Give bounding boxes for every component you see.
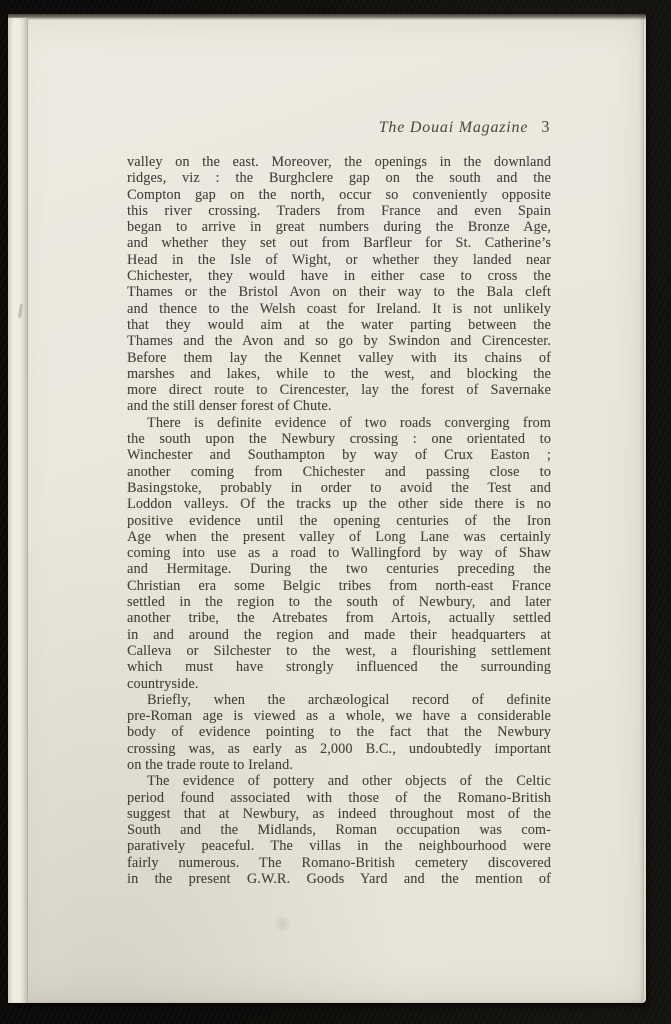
page-left-edge xyxy=(8,18,28,1003)
text-line: South and the Midlands, Roman occupation… xyxy=(127,822,551,838)
text-line: that they would aim at the water parting… xyxy=(127,317,551,333)
text-line: Calleva or Silchester to the west, a flo… xyxy=(127,643,551,659)
text-line: ridges, viz : the Burghclere gap on the … xyxy=(127,170,551,186)
text-line: The evidence of pottery and other object… xyxy=(127,773,551,789)
text-line: Winchester and Southampton by way of Cru… xyxy=(127,447,551,463)
page-top-edge xyxy=(8,14,646,20)
text-line: another tribe, the Atrebates from Artois… xyxy=(127,610,551,626)
text-line: marshes and lakes, while to the west, an… xyxy=(127,366,551,382)
text-line: in the present G.W.R. Goods Yard and the… xyxy=(127,871,551,887)
text-line: pre-Roman age is viewed as a whole, we h… xyxy=(127,708,551,724)
text-line: Thames or the Bristol Avon on their way … xyxy=(127,284,551,300)
text-line: another coming from Chichester and passi… xyxy=(127,464,551,480)
text-line: period found associated with those of th… xyxy=(127,790,551,806)
book-page: The Douai Magazine3 valley on the east. … xyxy=(8,14,646,1003)
text-line: in and around the region and made their … xyxy=(127,627,551,643)
text-line: which must have strongly influenced the … xyxy=(127,659,551,675)
text-line: Loddon valleys. Of the tracks up the oth… xyxy=(127,496,551,512)
magazine-title: The Douai Magazine xyxy=(379,119,529,136)
text-line: body of evidence pointing to the fact th… xyxy=(127,724,551,740)
running-header: The Douai Magazine3 xyxy=(127,117,550,137)
text-line: more direct route to Cirencester, lay th… xyxy=(127,382,551,398)
text-line: settled in the region to the south of Ne… xyxy=(127,594,551,610)
text-line: suggest that at Newbury, as indeed throu… xyxy=(127,806,551,822)
text-line: Before them lay the Kennet valley with i… xyxy=(127,350,551,366)
text-line: Compton gap on the north, occur so conve… xyxy=(127,187,551,203)
text-line: and the still denser forest of Chute. xyxy=(127,398,551,414)
text-line: Age when the present valley of Long Lane… xyxy=(127,529,551,545)
text-line: valley on the east. Moreover, the openin… xyxy=(127,154,551,170)
text-line: positive evidence until the opening cent… xyxy=(127,513,551,529)
text-line: coming into use as a road to Wallingford… xyxy=(127,545,551,561)
text-line: paratively peaceful. The villas in the n… xyxy=(127,838,551,854)
text-line: and thence to the Welsh coast for Irelan… xyxy=(127,301,551,317)
paragraph: valley on the east. Moreover, the openin… xyxy=(127,154,551,415)
text-line: Head in the Isle of Wight, or whether th… xyxy=(127,252,551,268)
text-line: There is definite evidence of two roads … xyxy=(127,415,551,431)
body-text: valley on the east. Moreover, the openin… xyxy=(127,154,551,887)
paragraph: There is definite evidence of two roads … xyxy=(127,415,551,692)
page-number: 3 xyxy=(541,117,550,136)
text-line: Thames and the Avon and so go by Swindon… xyxy=(127,333,551,349)
text-line: Christian era some Belgic tribes from no… xyxy=(127,578,551,594)
text-line: crossing was, as early as 2,000 B.C., un… xyxy=(127,741,551,757)
text-line: and whether they set out from Barfleur f… xyxy=(127,235,551,251)
text-line: and Hermitage. During the two centuries … xyxy=(127,561,551,577)
page-edge-nick xyxy=(18,304,23,318)
text-line: Chichester, they would have in either ca… xyxy=(127,268,551,284)
text-line: began to arrive in great numbers during … xyxy=(127,219,551,235)
scan-background: The Douai Magazine3 valley on the east. … xyxy=(0,0,671,1024)
text-line: countryside. xyxy=(127,676,551,692)
text-line: fairly numerous. The Romano-British ceme… xyxy=(127,855,551,871)
text-line: this river crossing. Traders from France… xyxy=(127,203,551,219)
text-line: Briefly, when the archæological record o… xyxy=(127,692,551,708)
paragraph: The evidence of pottery and other object… xyxy=(127,773,551,887)
text-line: on the trade route to Ireland. xyxy=(127,757,551,773)
text-line: the south upon the Newbury crossing : on… xyxy=(127,431,551,447)
text-line: Basingstoke, probably in order to avoid … xyxy=(127,480,551,496)
paragraph: Briefly, when the archæological record o… xyxy=(127,692,551,773)
